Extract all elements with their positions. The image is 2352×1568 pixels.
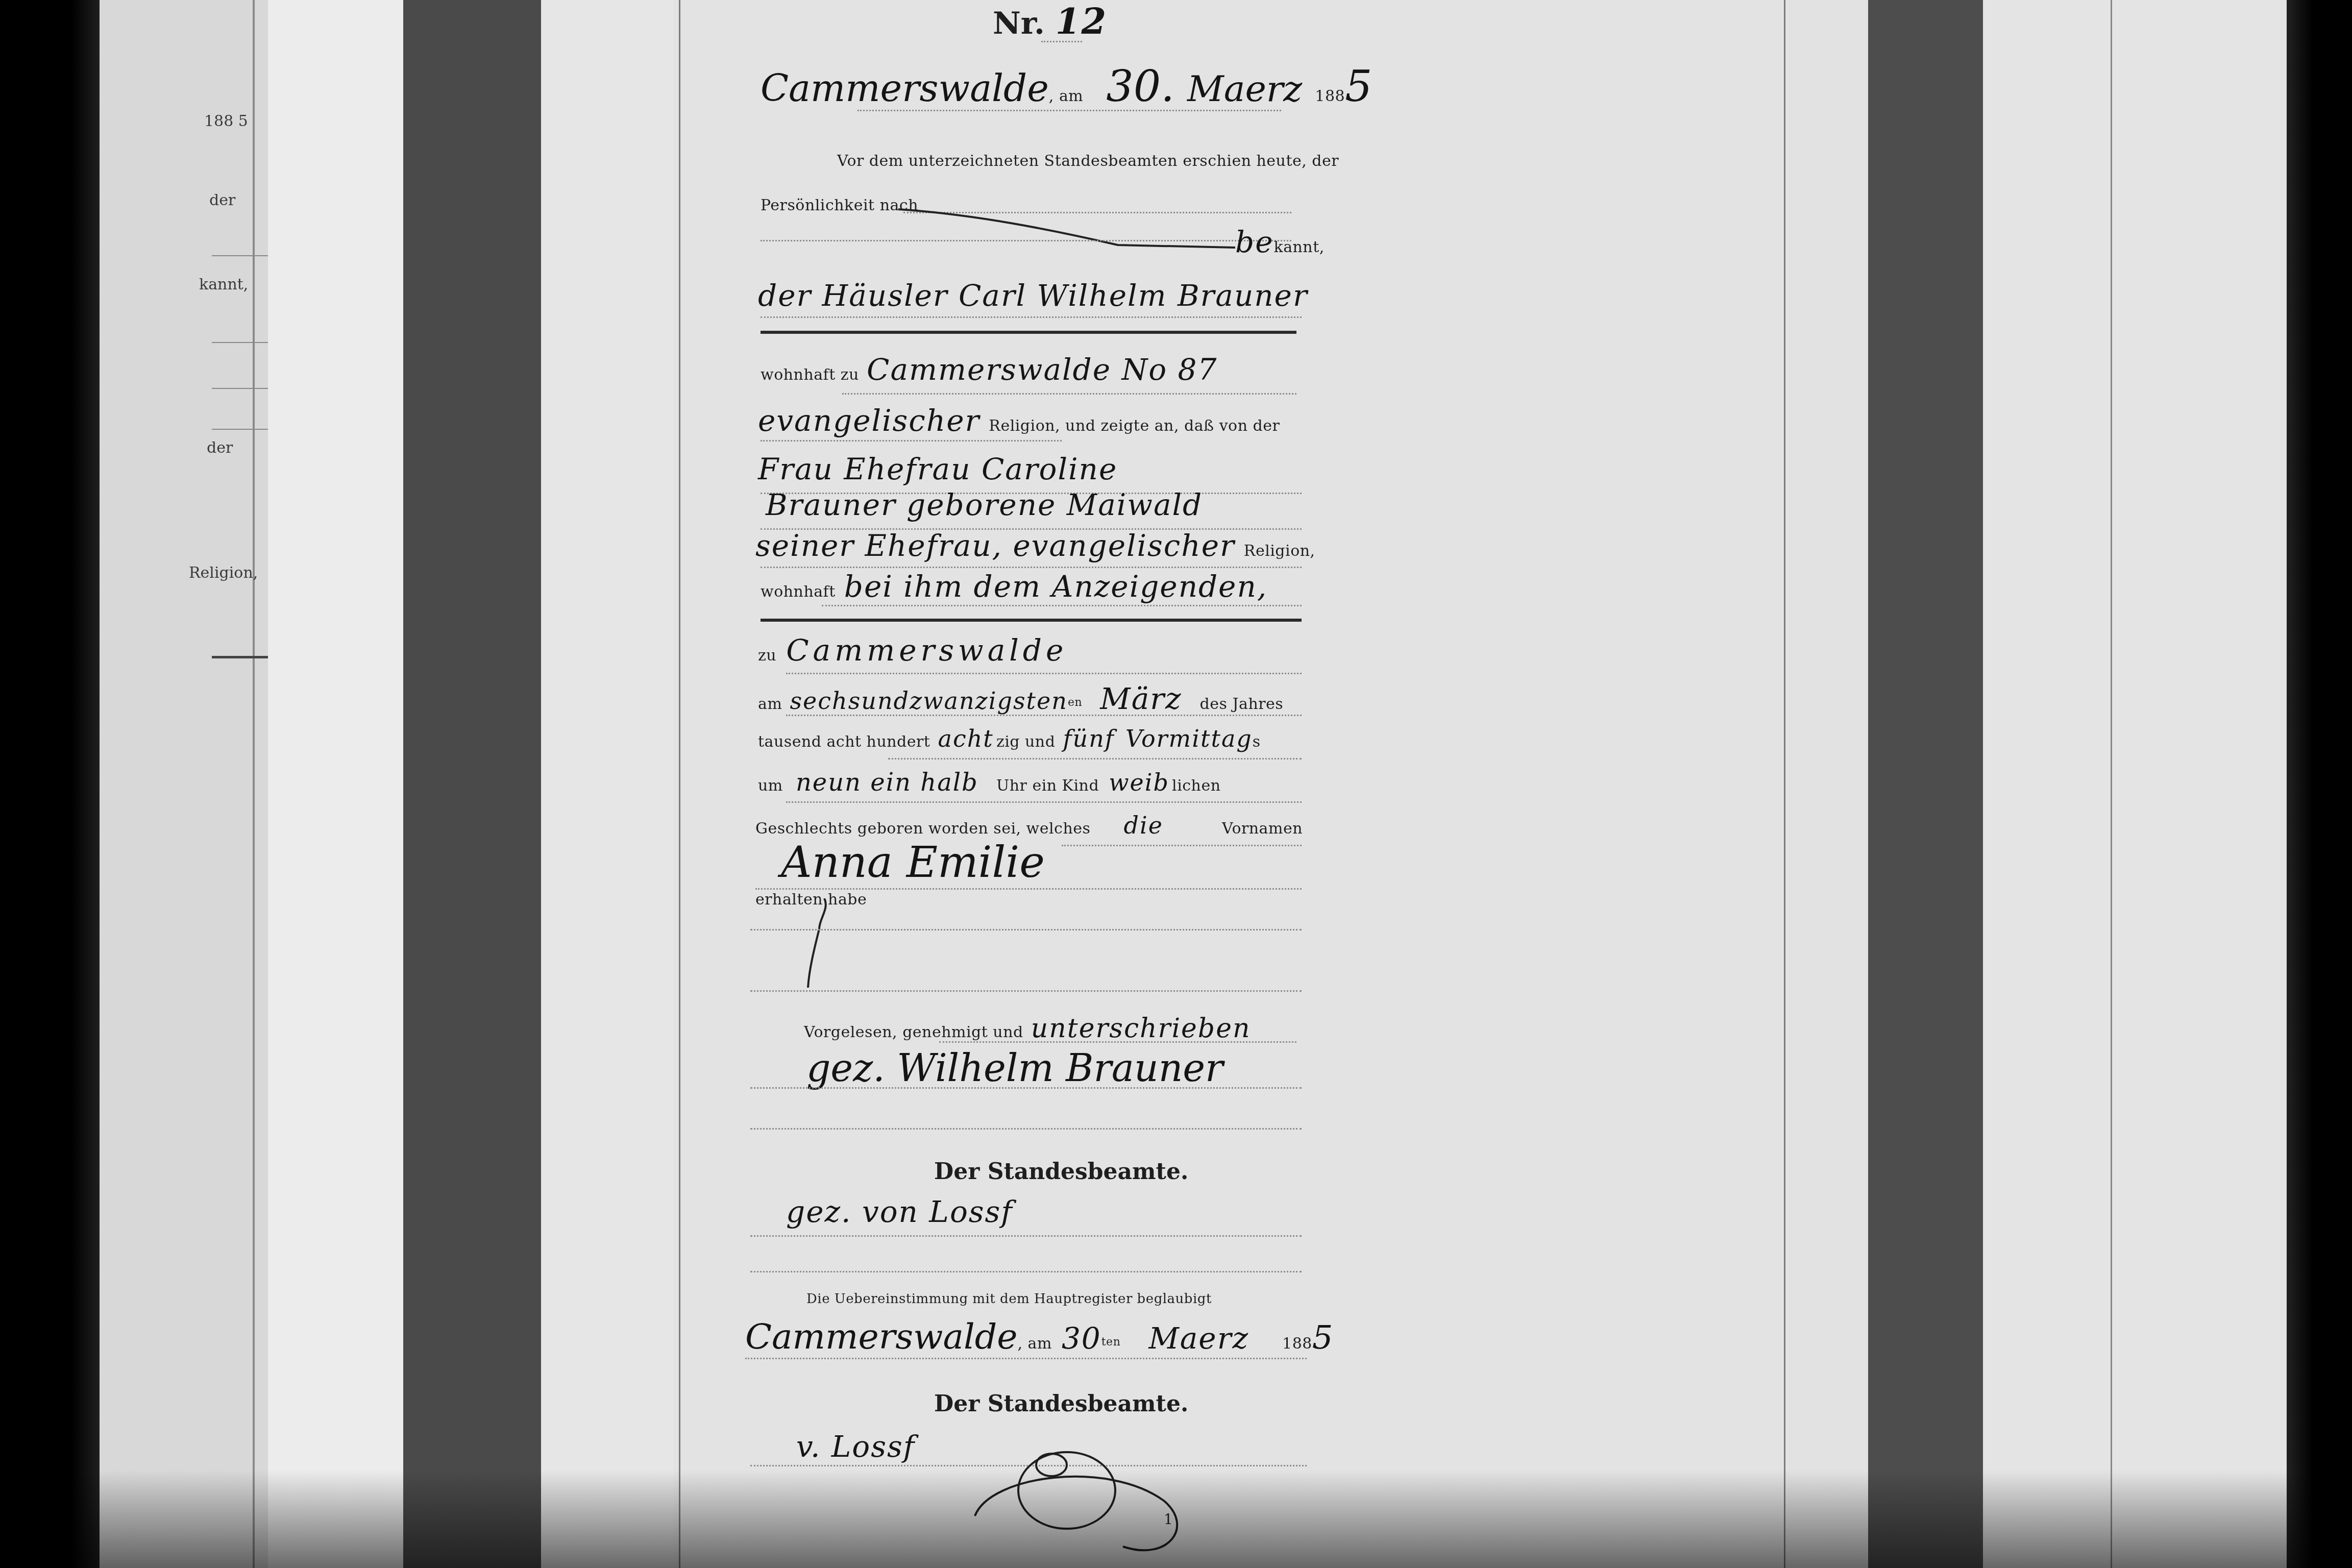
day-handwritten: 30. [1106,61,1174,111]
film-light-band [1786,0,1868,1568]
cert-registrar-signature: v. Lossf [796,1429,915,1464]
am-label: , am [1017,1335,1051,1353]
declarant-signature: gez. Wilhelm Brauner [806,1046,1223,1090]
mother-surname-handwritten: Brauner geborene Maiwald [766,487,1203,522]
page-fold-line [253,0,255,1568]
film-light-band [541,0,679,1568]
page-fold-line [2111,0,2112,1568]
year-suffix-handwritten: 5 [1312,1319,1333,1357]
certification-date-line: Cammerswalde, am 30ten Maerz 1885 [745,1317,1333,1357]
film-light-band [268,0,403,1568]
film-gray-band [1868,0,1983,1568]
left-page-fragment: Religion, [189,564,258,582]
dotted-rule [761,316,1302,318]
religion-handwritten: evangelischer [758,403,980,438]
birth-month-handwritten: März [1100,681,1182,716]
dotted-rule [750,1087,1302,1089]
religion-label: Religion, und zeigte an, daß von der [989,417,1280,435]
place-date-line: Cammerswalde, am 30. Maerz 1885 [761,61,1373,111]
birthplace-line: zu Cammerswalde [758,633,1067,668]
cert-registrar-heading: Der Standesbeamte. [934,1391,1188,1417]
zu-label: zu [758,647,776,665]
mother-religion-handwritten: seiner Ehefrau, evangelischer [755,528,1235,563]
cert-place-handwritten: Cammerswalde [745,1317,1017,1357]
birth-year-line: tausend acht hundert acht zig und fünf V… [758,725,1261,752]
dotted-rule [822,605,1302,606]
register-entry: Nr. 12 Cammerswalde, am 30. Maerz 1885 V… [735,0,1603,1568]
year-suffix-handwritten: 5 [1345,61,1372,111]
birth-time-line: um neun ein halb Uhr ein Kind weib liche… [758,768,1221,797]
dotted-rule [939,1041,1296,1043]
mother-name-handwritten: Frau Ehefrau Caroline [758,452,1117,486]
film-vignette-right [2287,0,2352,1568]
page-edge-left [679,0,680,1568]
dotted-rule [755,888,1302,890]
dotted-rule [786,715,1302,716]
geschlechts-line: Geschlechts geboren worden sei, welches … [755,812,1303,839]
decade-handwritten: acht [938,725,994,752]
dotted-rule [1041,41,1082,42]
section-divider [761,619,1302,622]
sex-suffix: lichen [1172,777,1220,795]
wohnhaft-label: wohnhaft zu [761,366,859,384]
left-page-fragment: 188 5 [204,112,248,130]
bekannt-prefix-handwritten: be [1235,225,1273,259]
vorgelesen-label: Vorgelesen, genehmigt und [804,1023,1023,1041]
uhr-ein-kind-label: Uhr ein Kind [996,777,1099,795]
day-suffix: ten [1101,1336,1121,1349]
religion-label: Religion, [1244,542,1315,560]
unterschrieben-handwritten: unterschrieben [1031,1013,1251,1044]
dotted-rule [1062,845,1302,846]
cert-month-handwritten: Maerz [1148,1321,1249,1356]
um-label: um [758,777,783,795]
month-handwritten: Maerz [1187,68,1302,110]
mother-religion-line: seiner Ehefrau, evangelischer Religion, [755,528,1315,563]
des-jahres-label: des Jahres [1200,695,1284,713]
certification-text: Die Uebereinstimmung mit dem Hauptregist… [806,1291,1212,1307]
left-page-fragment: der [209,191,235,209]
religion-line: evangelischer Religion, und zeigte an, d… [758,403,1280,438]
dotted-rule [750,1235,1302,1237]
dotted-rule [842,393,1296,395]
birthplace-handwritten: Cammerswalde [786,633,1067,668]
time-of-day-suffix: s [1253,733,1261,751]
section-divider [761,331,1296,334]
cert-day-handwritten: 30 [1062,1321,1101,1356]
film-light-band [1983,0,2289,1568]
page-edge-right [1784,0,1785,1568]
wohnhaft-label: wohnhaft [761,583,836,601]
film-gray-band [403,0,541,1568]
intro-text: Vor dem unterzeichneten Standesbeamten e… [837,152,1339,170]
film-vignette-left [0,0,102,1568]
bekannt-text: bekannt, [1235,225,1325,259]
entry-number-label: Nr. [993,6,1045,41]
declarant-handwritten: der Häusler Carl Wilhelm Brauner [758,278,1308,313]
dotted-rule [857,110,1281,111]
place-handwritten: Cammerswalde [761,67,1049,110]
entry-number-value: 12 [1056,0,1107,42]
dotted-rule [750,1271,1302,1272]
dotted-rule [761,440,1062,442]
time-of-day-handwritten: Vormittag [1125,725,1253,752]
sex-handwritten: weib [1109,769,1169,796]
left-page-fragment: der [207,439,233,457]
year-unit-handwritten: fünf [1063,725,1115,752]
birth-hour-handwritten: neun ein halb [796,768,978,797]
article-handwritten: die [1123,812,1163,839]
year-prefix: 188 [1315,87,1345,105]
handwritten-stroke [804,898,835,990]
dotted-rule [786,673,1302,674]
left-page-fragment: kannt, [199,276,248,293]
dotted-rule [750,990,1302,992]
child-name-handwritten: Anna Emilie [781,837,1045,887]
residence-line: wohnhaft zu Cammerswalde No 87 [761,352,1217,387]
zig-und-label: zig und [996,733,1056,751]
birth-day-handwritten: sechsundzwanzigsten [790,687,1068,715]
mother-residence-handwritten: bei ihm dem Anzeigenden, [844,569,1267,604]
persoenlichkeit-label: Persönlichkeit nach [761,197,918,214]
entry-number: Nr. 12 [993,0,1107,42]
geschlechts-label: Geschlechts geboren worden sei, welches [755,820,1090,838]
registrar-signature: gez. von Lossf [786,1194,1013,1229]
dotted-rule [786,801,1302,803]
residence-handwritten: Cammerswalde No 87 [867,352,1217,387]
dotted-rule [750,929,1302,930]
day-suffix: en [1068,696,1082,709]
dotted-rule [745,1358,1307,1359]
adjacent-page-left: 188 5 der kannt, der Religion, [100,0,268,1568]
registrar-heading: Der Standesbeamte. [934,1159,1188,1185]
dotted-rule [888,758,1302,759]
dotted-rule [761,567,1302,568]
film-vignette-bottom [0,1470,2352,1568]
birth-date-line: am sechsundzwanzigstenen März des Jahres [758,681,1283,716]
bekannt-label: kannt, [1273,238,1324,256]
mother-residence-line: wohnhaft bei ihm dem Anzeigenden, [761,569,1267,604]
am-label: , am [1049,87,1083,105]
vornamen-label: Vornamen [1222,820,1303,838]
dotted-rule [750,1128,1302,1130]
vorgelesen-line: Vorgelesen, genehmigt und unterschrieben [804,1013,1251,1044]
dotted-rule [761,240,1291,241]
tausend-label: tausend acht hundert [758,733,930,751]
year-prefix: 188 [1282,1335,1312,1353]
am-label: am [758,695,782,713]
